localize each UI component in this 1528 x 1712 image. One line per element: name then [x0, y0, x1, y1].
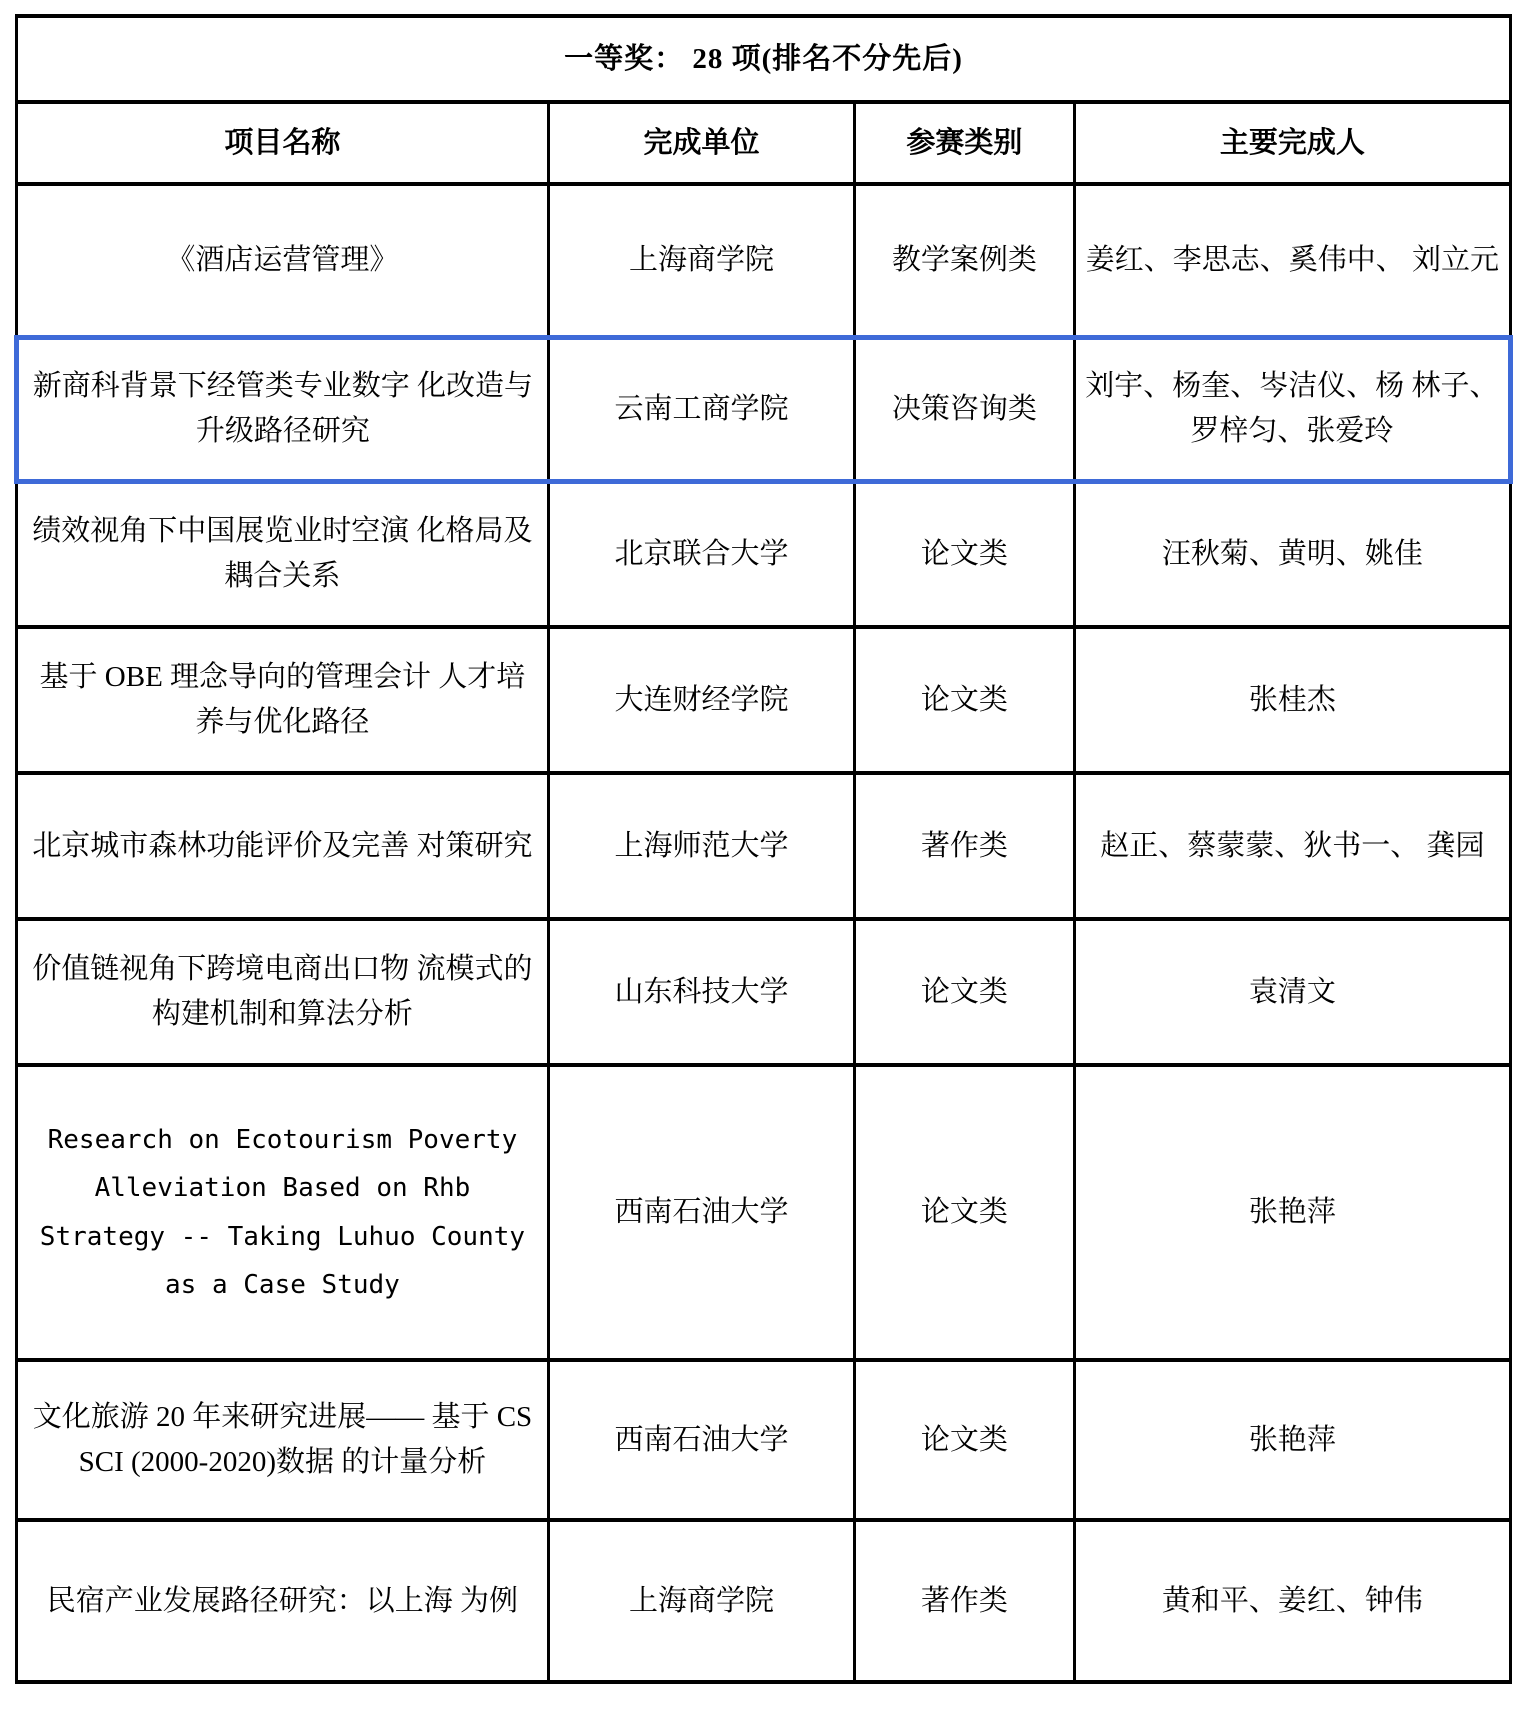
cell-project[interactable]: 《酒店运营管理》 [17, 184, 549, 337]
column-header-authors[interactable]: 主要完成人 [1074, 102, 1510, 184]
cell-authors[interactable]: 张艳萍 [1074, 1065, 1510, 1360]
table-row[interactable]: 基于 OBE 理念导向的管理会计 人才培养与优化路径 大连财经学院 论文类 张桂… [17, 627, 1511, 773]
column-header-category[interactable]: 参赛类别 [855, 102, 1075, 184]
table-row[interactable]: 绩效视角下中国展览业时空演 化格局及耦合关系 北京联合大学 论文类 汪秋菊、黄明… [17, 481, 1511, 627]
table-header-row: 项目名称 完成单位 参赛类别 主要完成人 [17, 102, 1511, 184]
cell-unit[interactable]: 云南工商学院 [548, 337, 854, 481]
cell-category[interactable]: 论文类 [855, 481, 1075, 627]
cell-project[interactable]: 文化旅游 20 年来研究进展—— 基于 CSSCI (2000-2020)数据 … [17, 1360, 549, 1520]
cell-unit[interactable]: 北京联合大学 [548, 481, 854, 627]
cell-project[interactable]: 民宿产业发展路径研究：以上海 为例 [17, 1520, 549, 1682]
cell-category[interactable]: 决策咨询类 [855, 337, 1075, 481]
cell-category[interactable]: 著作类 [855, 773, 1075, 919]
column-header-unit[interactable]: 完成单位 [548, 102, 854, 184]
cell-authors[interactable]: 张艳萍 [1074, 1360, 1510, 1520]
cell-unit[interactable]: 大连财经学院 [548, 627, 854, 773]
table-title-row: 一等奖： 28 项(排名不分先后) [17, 16, 1511, 102]
cell-category[interactable]: 教学案例类 [855, 184, 1075, 337]
cell-authors[interactable]: 汪秋菊、黄明、姚佳 [1074, 481, 1510, 627]
cell-unit[interactable]: 西南石油大学 [548, 1360, 854, 1520]
cell-project[interactable]: 北京城市森林功能评价及完善 对策研究 [17, 773, 549, 919]
cell-project[interactable]: 价值链视角下跨境电商出口物 流模式的构建机制和算法分析 [17, 919, 549, 1065]
cell-unit[interactable]: 上海商学院 [548, 1520, 854, 1682]
cell-category[interactable]: 论文类 [855, 919, 1075, 1065]
table-row[interactable]: 民宿产业发展路径研究：以上海 为例 上海商学院 著作类 黄和平、姜红、钟伟 [17, 1520, 1511, 1682]
cell-unit[interactable]: 上海师范大学 [548, 773, 854, 919]
cell-unit[interactable]: 上海商学院 [548, 184, 854, 337]
table-row[interactable]: 《酒店运营管理》 上海商学院 教学案例类 姜红、李思志、奚伟中、 刘立元 [17, 184, 1511, 337]
table-row-selected[interactable]: 新商科背景下经管类专业数字 化改造与升级路径研究 云南工商学院 决策咨询类 刘宇… [17, 337, 1511, 481]
award-table: 一等奖： 28 项(排名不分先后) 项目名称 完成单位 参赛类别 主要完成人 《… [14, 14, 1513, 1684]
cell-project[interactable]: Research on Ecotourism Poverty Alleviati… [17, 1065, 549, 1360]
cell-authors[interactable]: 黄和平、姜红、钟伟 [1074, 1520, 1510, 1682]
cell-unit[interactable]: 山东科技大学 [548, 919, 854, 1065]
document-page: 一等奖： 28 项(排名不分先后) 项目名称 完成单位 参赛类别 主要完成人 《… [0, 0, 1528, 1684]
cell-project[interactable]: 基于 OBE 理念导向的管理会计 人才培养与优化路径 [17, 627, 549, 773]
cell-authors[interactable]: 赵正、蔡蒙蒙、狄书一、 龚园 [1074, 773, 1510, 919]
table-row[interactable]: Research on Ecotourism Poverty Alleviati… [17, 1065, 1511, 1360]
cell-authors[interactable]: 袁清文 [1074, 919, 1510, 1065]
cell-project[interactable]: 新商科背景下经管类专业数字 化改造与升级路径研究 [17, 337, 549, 481]
cell-project[interactable]: 绩效视角下中国展览业时空演 化格局及耦合关系 [17, 481, 549, 627]
table-row[interactable]: 文化旅游 20 年来研究进展—— 基于 CSSCI (2000-2020)数据 … [17, 1360, 1511, 1520]
table-row[interactable]: 价值链视角下跨境电商出口物 流模式的构建机制和算法分析 山东科技大学 论文类 袁… [17, 919, 1511, 1065]
cell-category[interactable]: 论文类 [855, 627, 1075, 773]
column-header-project[interactable]: 项目名称 [17, 102, 549, 184]
table-title[interactable]: 一等奖： 28 项(排名不分先后) [17, 16, 1511, 102]
cell-unit[interactable]: 西南石油大学 [548, 1065, 854, 1360]
table-row[interactable]: 北京城市森林功能评价及完善 对策研究 上海师范大学 著作类 赵正、蔡蒙蒙、狄书一… [17, 773, 1511, 919]
cell-category[interactable]: 论文类 [855, 1360, 1075, 1520]
cell-category[interactable]: 论文类 [855, 1065, 1075, 1360]
cell-authors[interactable]: 姜红、李思志、奚伟中、 刘立元 [1074, 184, 1510, 337]
cell-category[interactable]: 著作类 [855, 1520, 1075, 1682]
cell-authors[interactable]: 刘宇、杨奎、岑洁仪、杨 林子、罗梓匀、张爱玲 [1074, 337, 1510, 481]
cell-authors[interactable]: 张桂杰 [1074, 627, 1510, 773]
